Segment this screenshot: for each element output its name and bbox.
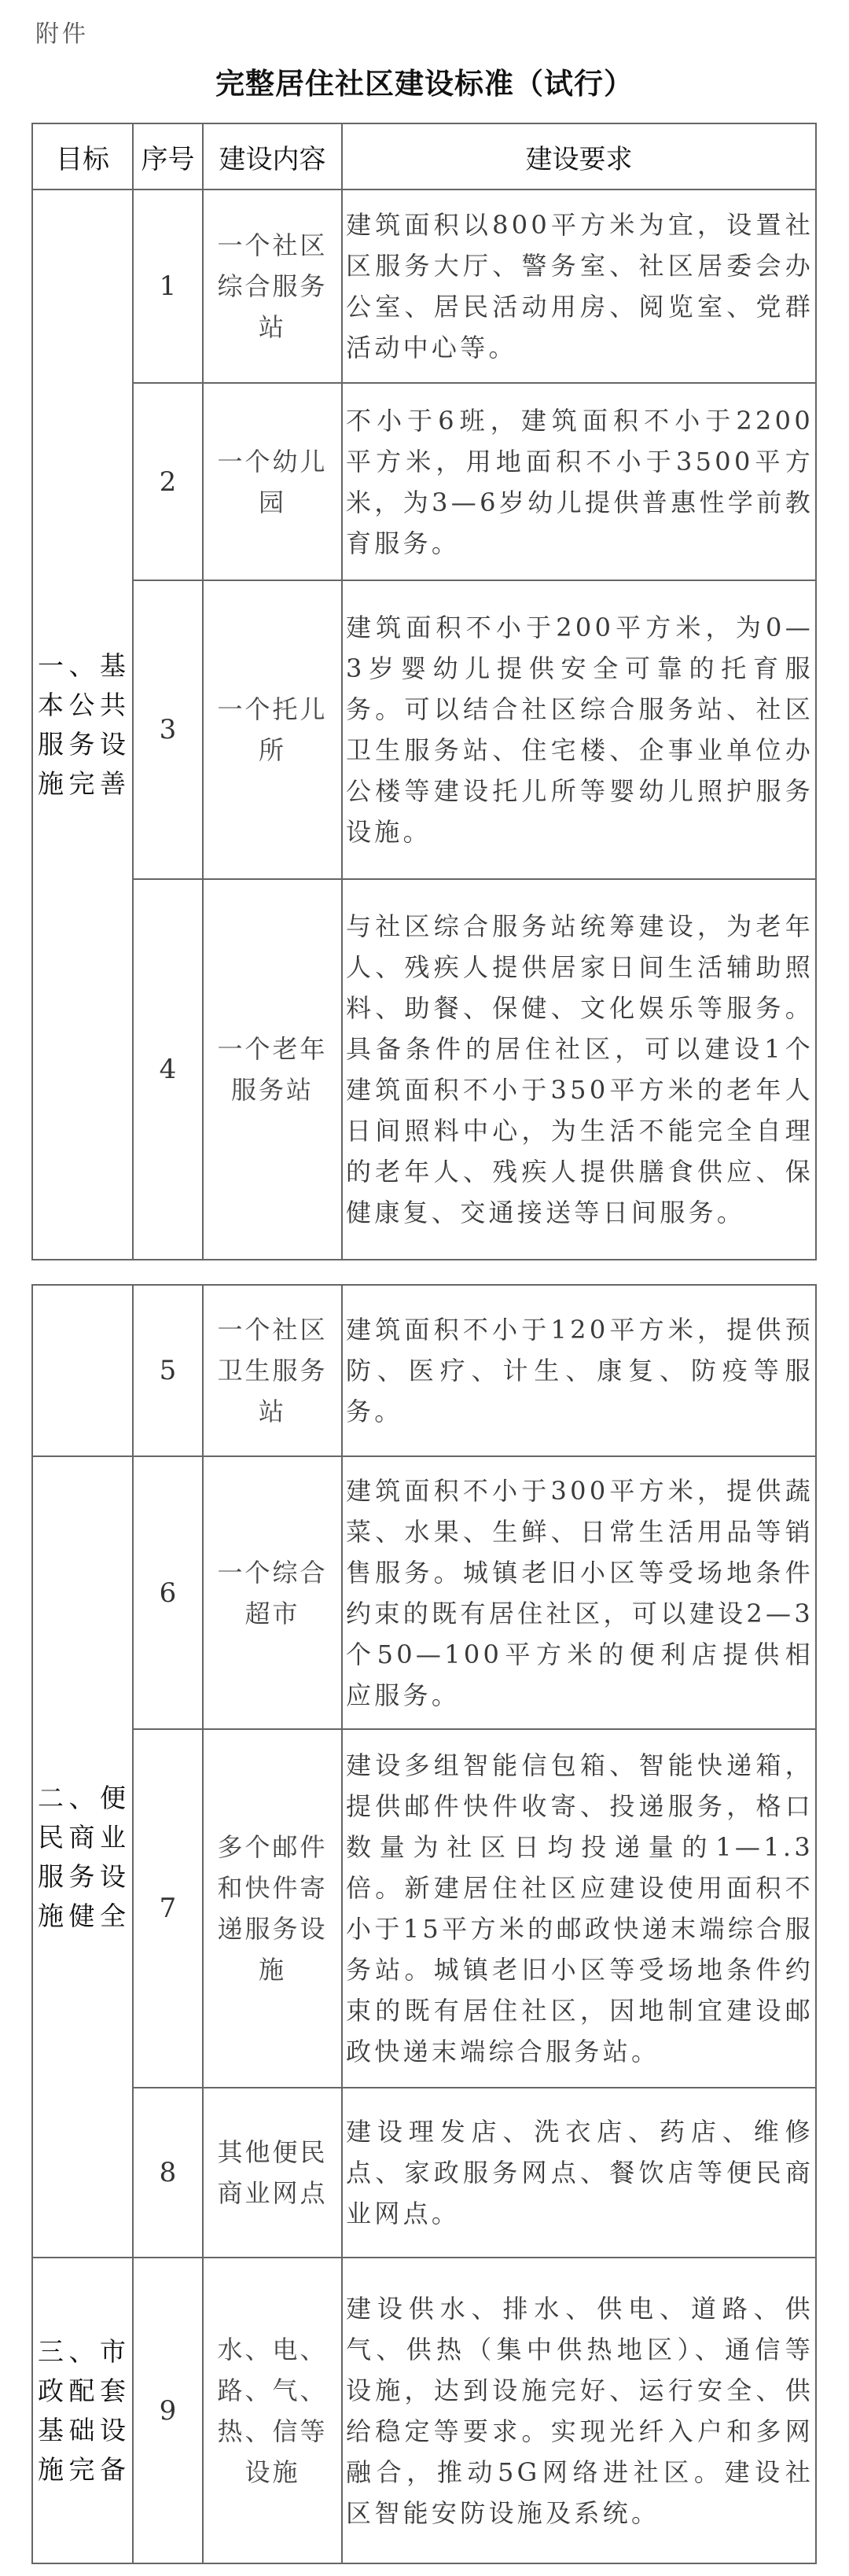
row-requirement: 建筑面积不小于300平方米，提供蔬菜、水果、生鲜、日常生活用品等销售服务。城镇老…: [342, 1456, 816, 1729]
row-requirement: 建筑面积以800平方米为宜，设置社区服务大厅、警务室、社区居委会办公室、居民活动…: [342, 190, 816, 383]
row-no: 3: [133, 580, 203, 879]
row-content: 一个托儿所: [203, 580, 342, 879]
row-no: 9: [133, 2258, 203, 2563]
document-title: 完整居住社区建设标准（试行）: [0, 60, 849, 102]
header-content: 建设内容: [203, 123, 342, 190]
attachment-label: 附件: [35, 14, 89, 49]
row-content: 其他便民商业网点: [203, 2088, 342, 2258]
table-row: 二、便民商业服务设施健全 6 一个综合超市 建筑面积不小于300平方米，提供蔬菜…: [32, 1456, 816, 1729]
row-no: 2: [133, 383, 203, 580]
row-no: 5: [133, 1285, 203, 1456]
row-content: 水、电、路、气、热、信等设施: [203, 2258, 342, 2563]
row-requirement: 建筑面积不小于200平方米，为0—3岁婴幼儿提供安全可靠的托育服务。可以结合社区…: [342, 580, 816, 879]
row-no: 4: [133, 879, 203, 1260]
row-no: 6: [133, 1456, 203, 1729]
row-content: 多个邮件和快件寄递服务设施: [203, 1729, 342, 2088]
row-content: 一个幼儿园: [203, 383, 342, 580]
table-row: 三、市政配套基础设施完备 9 水、电、路、气、热、信等设施 建设供水、排水、供电…: [32, 2258, 816, 2563]
table-row: 3 一个托儿所 建筑面积不小于200平方米，为0—3岁婴幼儿提供安全可靠的托育服…: [32, 580, 816, 879]
row-content: 一个社区综合服务站: [203, 190, 342, 383]
table-row: 2 一个幼儿园 不小于6班，建筑面积不小于2200平方米，用地面积不小于3500…: [32, 383, 816, 580]
standards-table-part-2: 5 一个社区卫生服务站 建筑面积不小于120平方米，提供预防、医疗、计生、康复、…: [31, 1284, 817, 2564]
group-target-3: 三、市政配套基础设施完备: [32, 2258, 133, 2563]
row-requirement: 建设多组智能信包箱、智能快递箱，提供邮件快件收寄、投递服务，格口数量为社区日均投…: [342, 1729, 816, 2088]
row-content: 一个社区卫生服务站: [203, 1285, 342, 1456]
row-no: 1: [133, 190, 203, 383]
row-requirement: 不小于6班，建筑面积不小于2200平方米，用地面积不小于3500平方米，为3—6…: [342, 383, 816, 580]
row-requirement: 建筑面积不小于120平方米，提供预防、医疗、计生、康复、防疫等服务。: [342, 1285, 816, 1456]
row-requirement: 建设理发店、洗衣店、药店、维修点、家政服务网点、餐饮店等便民商业网点。: [342, 2088, 816, 2258]
table-row: 4 一个老年服务站 与社区综合服务站统筹建设，为老年人、残疾人提供居家日间生活辅…: [32, 879, 816, 1260]
standards-table-part-1: 目标 序号 建设内容 建设要求 一、基本公共服务设施完善 1 一个社区综合服务站…: [31, 123, 817, 1260]
group-target-empty: [32, 1285, 133, 1456]
row-no: 7: [133, 1729, 203, 2088]
group-target-2: 二、便民商业服务设施健全: [32, 1456, 133, 2258]
table-row: 一、基本公共服务设施完善 1 一个社区综合服务站 建筑面积以800平方米为宜，设…: [32, 190, 816, 383]
row-requirement: 建设供水、排水、供电、道路、供气、供热（集中供热地区）、通信等设施，达到设施完好…: [342, 2258, 816, 2563]
header-no: 序号: [133, 123, 203, 190]
header-target: 目标: [32, 123, 133, 190]
group-target-1: 一、基本公共服务设施完善: [32, 190, 133, 1260]
table-row: 5 一个社区卫生服务站 建筑面积不小于120平方米，提供预防、医疗、计生、康复、…: [32, 1285, 816, 1456]
table-row: 7 多个邮件和快件寄递服务设施 建设多组智能信包箱、智能快递箱，提供邮件快件收寄…: [32, 1729, 816, 2088]
table-row: 8 其他便民商业网点 建设理发店、洗衣店、药店、维修点、家政服务网点、餐饮店等便…: [32, 2088, 816, 2258]
row-no: 8: [133, 2088, 203, 2258]
row-content: 一个老年服务站: [203, 879, 342, 1260]
row-content: 一个综合超市: [203, 1456, 342, 1729]
row-requirement: 与社区综合服务站统筹建设，为老年人、残疾人提供居家日间生活辅助照料、助餐、保健、…: [342, 879, 816, 1260]
table-header-row: 目标 序号 建设内容 建设要求: [32, 123, 816, 190]
header-requirement: 建设要求: [342, 123, 816, 190]
